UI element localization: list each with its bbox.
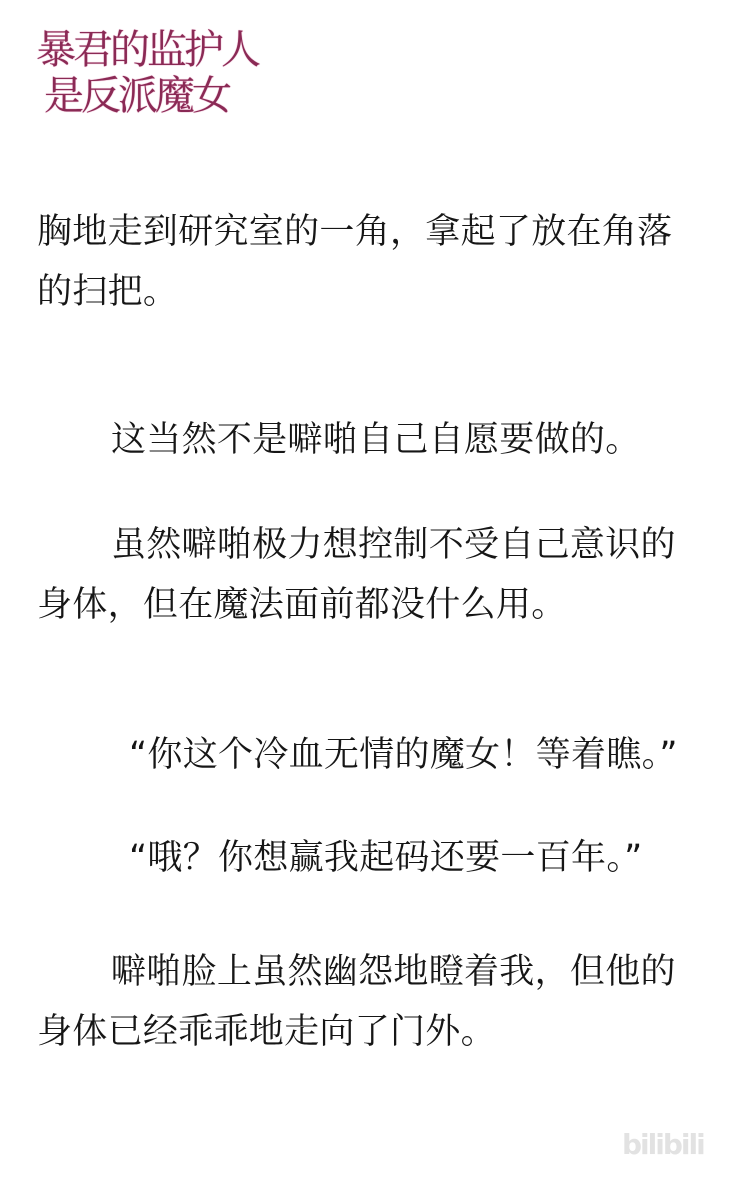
title-line-1: 暴君的监护人 bbox=[36, 28, 258, 72]
text-line: 胸地走到研究室的一角，拿起了放在角落 bbox=[37, 210, 672, 254]
comic-title-logo: 暴君的监护人 是反派魔女 bbox=[36, 28, 266, 128]
text-line: 的扫把。 bbox=[37, 270, 178, 314]
text-line: 这当然不是噼啪自己自愿要做的。 bbox=[111, 418, 641, 462]
text-line: 身体，但在魔法面前都没什么用。 bbox=[37, 583, 567, 627]
text-line: 虽然噼啪极力想控制不受自己意识的 bbox=[111, 523, 676, 567]
bilibili-watermark-logo: bilibili bbox=[622, 1128, 722, 1168]
title-line-2: 是反派魔女 bbox=[44, 74, 229, 118]
text-line: 噼啪脸上虽然幽怨地瞪着我，但他的 bbox=[111, 950, 676, 994]
text-line: “你这个冷血无情的魔女！等着瞧。” bbox=[129, 733, 678, 777]
text-line: “哦？你想赢我起码还要一百年。” bbox=[129, 836, 643, 880]
text-line: 身体已经乖乖地走向了门外。 bbox=[37, 1010, 496, 1054]
